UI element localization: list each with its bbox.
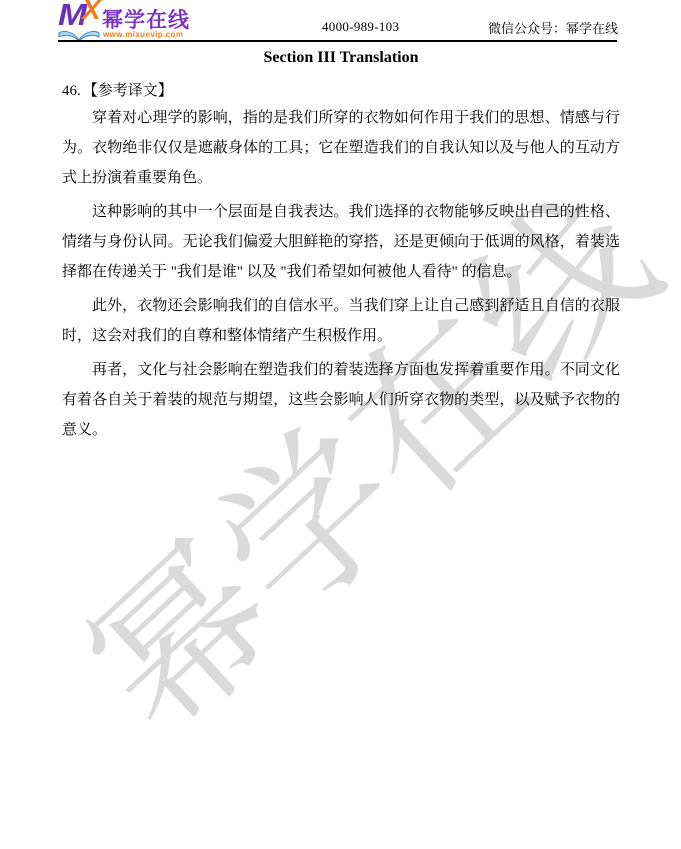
logo-letter-x: X <box>82 0 101 24</box>
translation-paragraph-1: 穿着对心理学的影响，指的是我们所穿的衣物如何作用于我们的思想、情感与行为。衣物绝… <box>62 103 620 193</box>
translation-paragraph-2: 这种影响的其中一个层面是自我表达。我们选择的衣物能够反映出自己的性格、情绪与身份… <box>62 197 620 287</box>
translation-paragraph-4: 再者，文化与社会影响在塑造我们的着装选择方面也发挥着重要作用。不同文化有着各自关… <box>62 355 620 445</box>
item-number: 46. <box>62 83 81 99</box>
phone-number: 4000-989-103 <box>322 19 399 35</box>
page-header: M X 幂学在线 www.mixuevip.com 4000-989-103 微… <box>58 0 618 42</box>
item-heading: 46.【参考译文】 <box>62 81 620 101</box>
brand-website: www.mixuevip.com <box>103 30 183 39</box>
translation-paragraph-3: 此外，衣物还会影响我们的自信水平。当我们穿上让自己感到舒适且自信的衣服时，这会对… <box>62 291 620 351</box>
item-label: 【参考译文】 <box>83 83 173 99</box>
section-title: Section III Translation <box>62 48 620 68</box>
document-body: Section III Translation 46.【参考译文】 穿着对心理学… <box>62 48 620 449</box>
header-divider <box>58 40 617 42</box>
wechat-account: 微信公众号：幂学在线 <box>488 18 618 37</box>
brand-logo: M X 幂学在线 www.mixuevip.com <box>58 2 228 42</box>
